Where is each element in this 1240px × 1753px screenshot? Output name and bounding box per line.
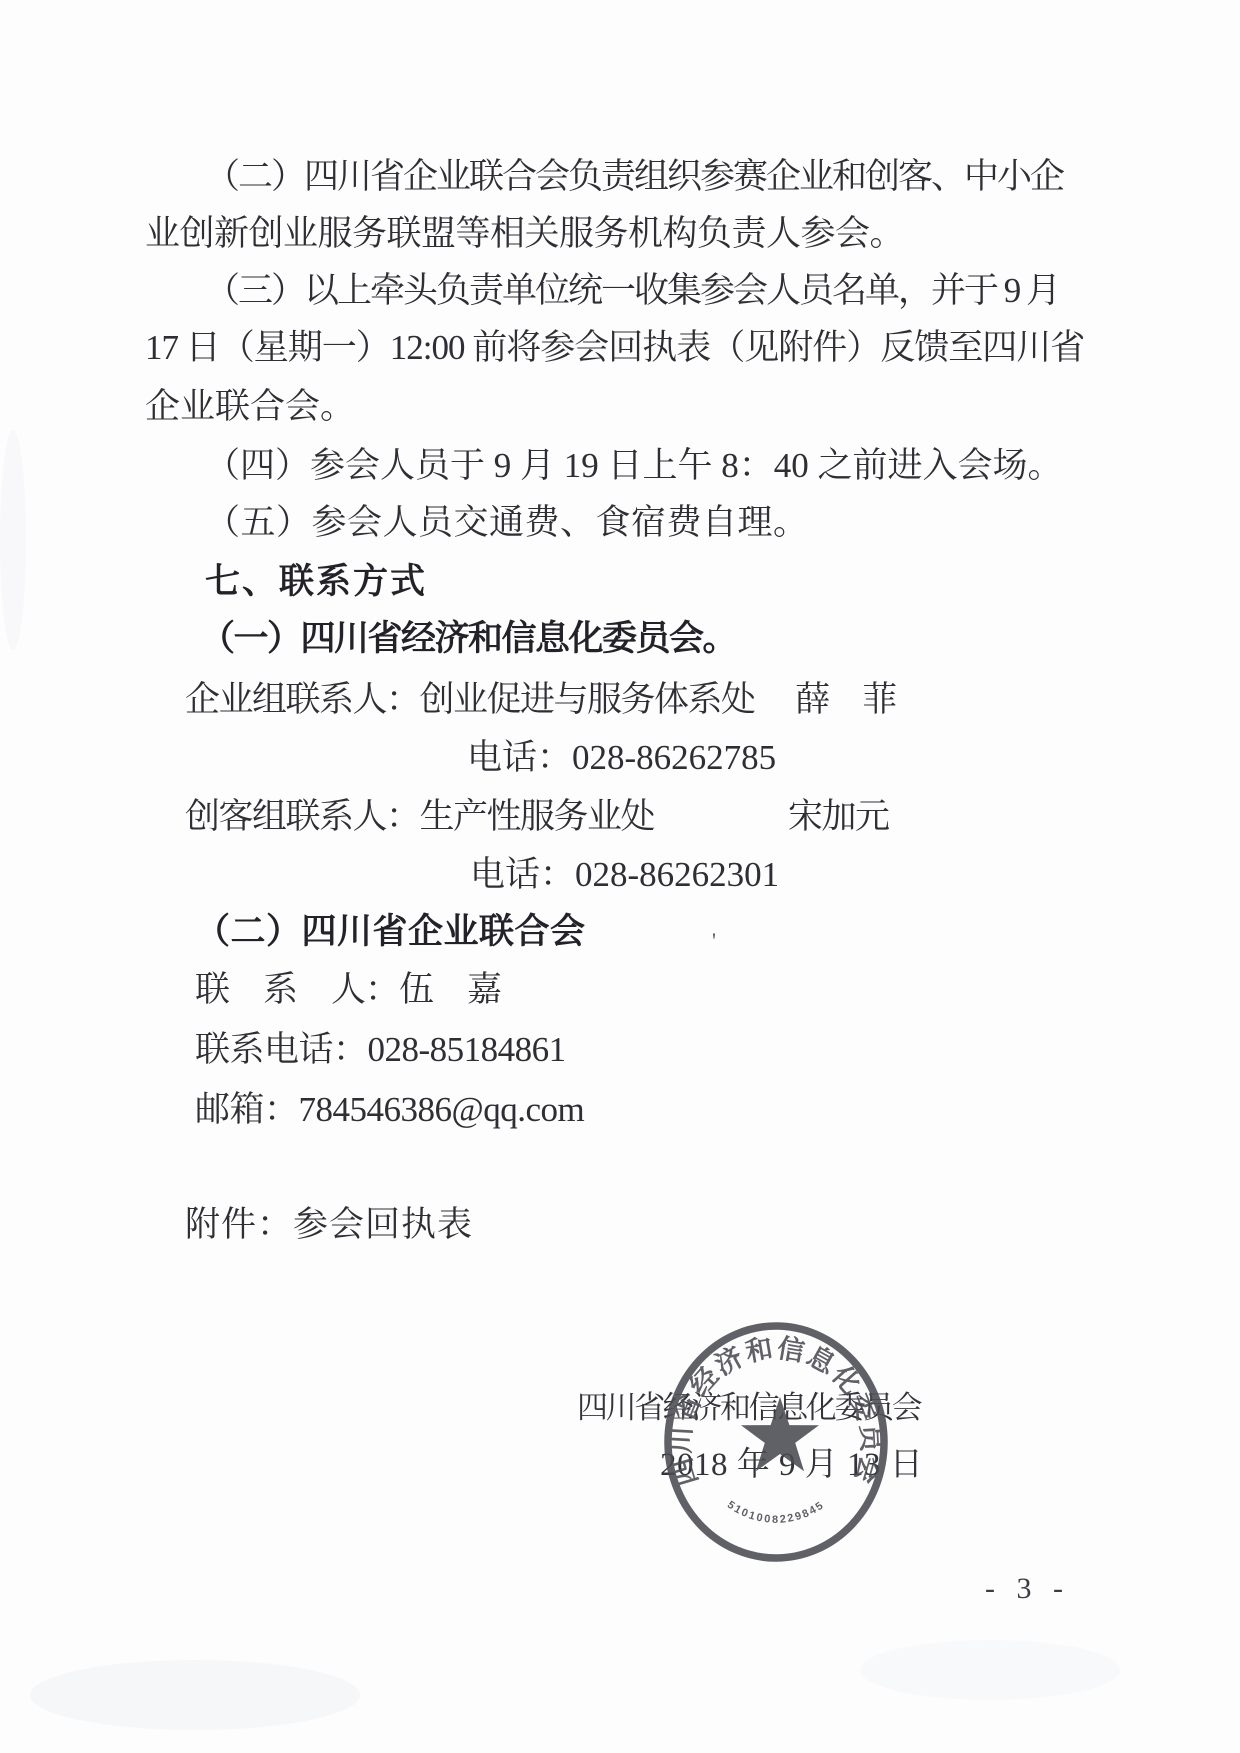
page-number: - 3 -: [985, 1572, 1070, 1606]
phone-line: 电话：028-86262785: [467, 740, 776, 775]
scan-artifact: ': [712, 928, 716, 954]
body-line: （四）参会人员于 9 月 19 日上午 8：40 之前进入会场。: [205, 448, 1063, 483]
contact-line: 企业组联系人：创业促进与服务体系处 薛 菲: [185, 682, 896, 717]
body-line: （二）四川省企业联合会负责组织参赛企业和创客、中小企: [205, 159, 1063, 194]
contact-line: 创客组联系人：生产性服务业处 宋加元: [185, 799, 889, 834]
section-heading: 七、联系方式: [205, 564, 427, 599]
seal-star-icon: [741, 1397, 819, 1471]
phone-line: 电话：028-86262301: [470, 857, 779, 892]
sub-heading: （二）四川省企业联合会: [195, 914, 586, 949]
scanned-document-page: （二）四川省企业联合会负责组织参赛企业和创客、中小企 业创新创业服务联盟等相关服…: [0, 0, 1240, 1753]
scan-smudge: [30, 1660, 360, 1730]
body-line: （三）以上牵头负责单位统一收集参会人员名单，并于 9 月: [205, 273, 1059, 308]
body-line: 17 日（星期一）12:00 前将参会回执表（见附件）反馈至四川省: [145, 330, 1084, 365]
seal-serial-number: 5101008229845: [725, 1499, 827, 1526]
scan-smudge: [0, 430, 26, 650]
attachment-line: 附件：参会回执表: [185, 1207, 473, 1242]
body-line: 业创新创业服务联盟等相关服务机构负责人参会。: [145, 216, 904, 251]
body-line: （五）参会人员交通费、食宿费自理。: [205, 505, 809, 540]
phone-line: 联系电话：028-85184861: [195, 1032, 566, 1067]
email-line: 邮箱：784546386@qq.com: [195, 1092, 584, 1127]
sub-heading: （一）四川省经济和信息化委员会。: [200, 621, 736, 656]
scan-smudge: [860, 1640, 1120, 1700]
body-line: 企业联合会。: [145, 389, 355, 424]
contact-line: 联 系 人：伍 嘉: [195, 972, 501, 1007]
official-seal: 四川省经济和信息化委员会 5101008229845: [646, 1296, 906, 1588]
